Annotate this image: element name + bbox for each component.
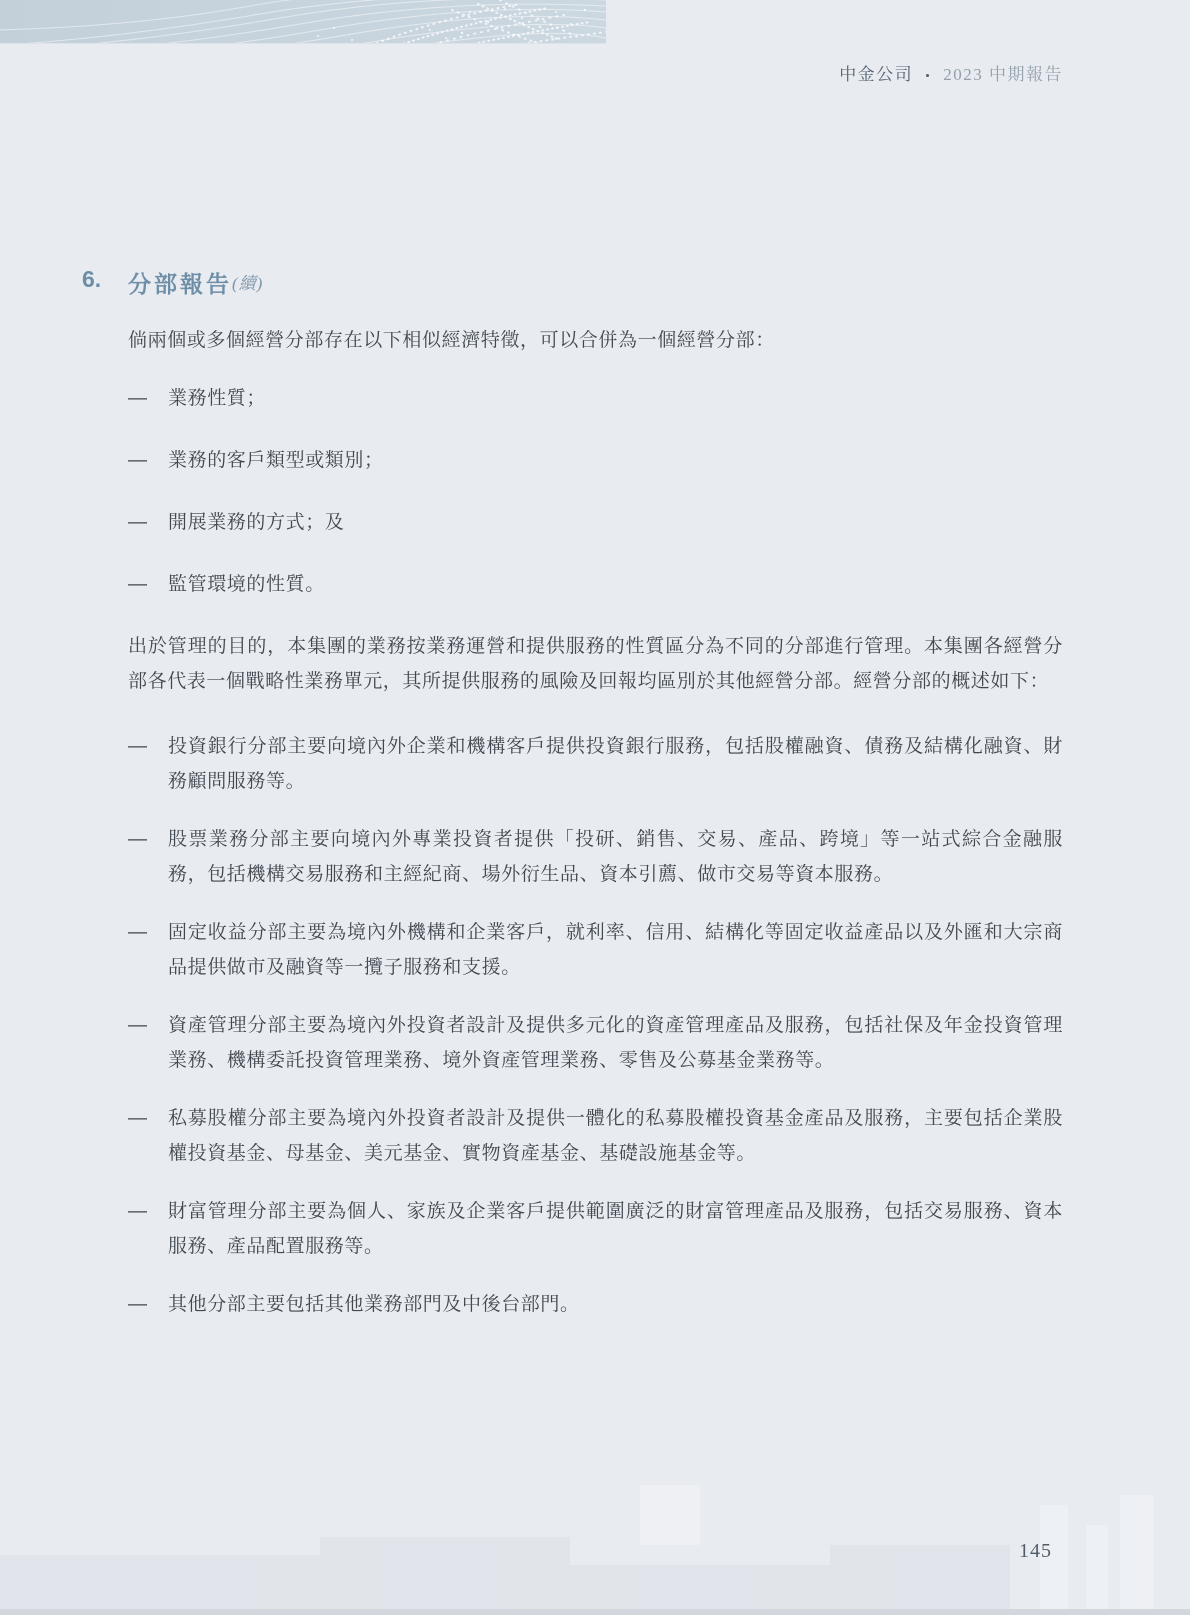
list-item: — 業務的客戶類型或類別；: [128, 443, 1063, 478]
section-number: 6.: [82, 266, 128, 293]
section-title: 分部報告: [128, 266, 232, 299]
banner-wave-pattern-icon: [0, 0, 606, 43]
main-content: 6. 分部報告 (續) 倘兩個或多個經營分部存在以下相似經濟特徵，可以合併為一個…: [82, 266, 1063, 1345]
dash-bullet: —: [128, 381, 168, 416]
dash-bullet: —: [128, 443, 168, 478]
list-item: — 業務性質；: [128, 381, 1063, 416]
segment-private-equity-text: 私募股權分部主要為境內外投資者設計及提供一體化的私募股權投資基金產品及服務，主要…: [168, 1101, 1063, 1171]
list-item: — 股票業務分部主要向境內外專業投資者提供「投研、銷售、交易、產品、跨境」等一站…: [128, 822, 1063, 892]
management-paragraph: 出於管理的目的，本集團的業務按業務運營和提供服務的性質區分為不同的分部進行管理。…: [128, 629, 1063, 699]
segment-investment-banking-text: 投資銀行分部主要向境內外企業和機構客戶提供投資銀行服務，包括股權融資、債務及結構…: [168, 729, 1063, 799]
dash-bullet: —: [128, 1008, 168, 1078]
dash-bullet: —: [128, 822, 168, 892]
header-banner-graphic: [0, 0, 606, 44]
separator-dot: •: [925, 68, 931, 83]
dash-bullet: —: [128, 1287, 168, 1322]
list-item: — 財富管理分部主要為個人、家族及企業客戶提供範圍廣泛的財富管理產品及服務，包括…: [128, 1194, 1063, 1264]
list-item-text: 開展業務的方式；及: [168, 505, 1063, 540]
bottom-watermark-graphic: [0, 1485, 1190, 1615]
page-bottom-edge: [0, 1609, 1190, 1615]
page-number: 145: [1019, 1540, 1052, 1563]
report-page: 中金公司•2023 中期報告 6. 分部報告 (續) 倘兩個或多個經營分部存在以…: [0, 0, 1190, 1615]
dash-bullet: —: [128, 729, 168, 799]
list-item: — 私募股權分部主要為境內外投資者設計及提供一體化的私募股權投資基金產品及服務，…: [128, 1101, 1063, 1171]
dash-bullet: —: [128, 505, 168, 540]
list-item: — 投資銀行分部主要向境內外企業和機構客戶提供投資銀行服務，包括股權融資、債務及…: [128, 729, 1063, 799]
list-item: — 固定收益分部主要為境內外機構和企業客戶，就利率、信用、結構化等固定收益產品以…: [128, 915, 1063, 985]
segment-others-text: 其他分部主要包括其他業務部門及中後台部門。: [168, 1287, 1063, 1322]
list-item: — 監管環境的性質。: [128, 567, 1063, 602]
segment-fixed-income-text: 固定收益分部主要為境內外機構和企業客戶，就利率、信用、結構化等固定收益產品以及外…: [168, 915, 1063, 985]
dash-bullet: —: [128, 915, 168, 985]
list-item: — 資產管理分部主要為境內外投資者設計及提供多元化的資產管理產品及服務，包括社保…: [128, 1008, 1063, 1078]
segment-wealth-management-text: 財富管理分部主要為個人、家族及企業客戶提供範圍廣泛的財富管理產品及服務，包括交易…: [168, 1194, 1063, 1264]
criteria-list: — 業務性質； — 業務的客戶類型或類別； — 開展業務的方式；及 — 監管環境…: [128, 381, 1063, 602]
segment-equities-text: 股票業務分部主要向境內外專業投資者提供「投研、銷售、交易、產品、跨境」等一站式綜…: [168, 822, 1063, 892]
segment-asset-management-text: 資產管理分部主要為境內外投資者設計及提供多元化的資產管理產品及服務，包括社保及年…: [168, 1008, 1063, 1078]
report-title: 2023 中期報告: [943, 65, 1063, 84]
section-body: 倘兩個或多個經營分部存在以下相似經濟特徵，可以合併為一個經營分部： — 業務性質…: [128, 323, 1063, 1322]
list-item: — 開展業務的方式；及: [128, 505, 1063, 540]
intro-paragraph: 倘兩個或多個經營分部存在以下相似經濟特徵，可以合併為一個經營分部：: [128, 323, 1063, 358]
dash-bullet: —: [128, 567, 168, 602]
list-item-text: 業務的客戶類型或類別；: [168, 443, 1063, 478]
dash-bullet: —: [128, 1194, 168, 1264]
list-item: — 其他分部主要包括其他業務部門及中後台部門。: [128, 1287, 1063, 1322]
company-name: 中金公司: [839, 65, 913, 84]
running-header: 中金公司•2023 中期報告: [839, 60, 1063, 85]
section-title-suffix: (續): [232, 266, 263, 294]
section-heading: 6. 分部報告 (續): [82, 266, 1063, 299]
segments-list: — 投資銀行分部主要向境內外企業和機構客戶提供投資銀行服務，包括股權融資、債務及…: [128, 729, 1063, 1322]
list-item-text: 監管環境的性質。: [168, 567, 1063, 602]
dash-bullet: —: [128, 1101, 168, 1171]
list-item-text: 業務性質；: [168, 381, 1063, 416]
